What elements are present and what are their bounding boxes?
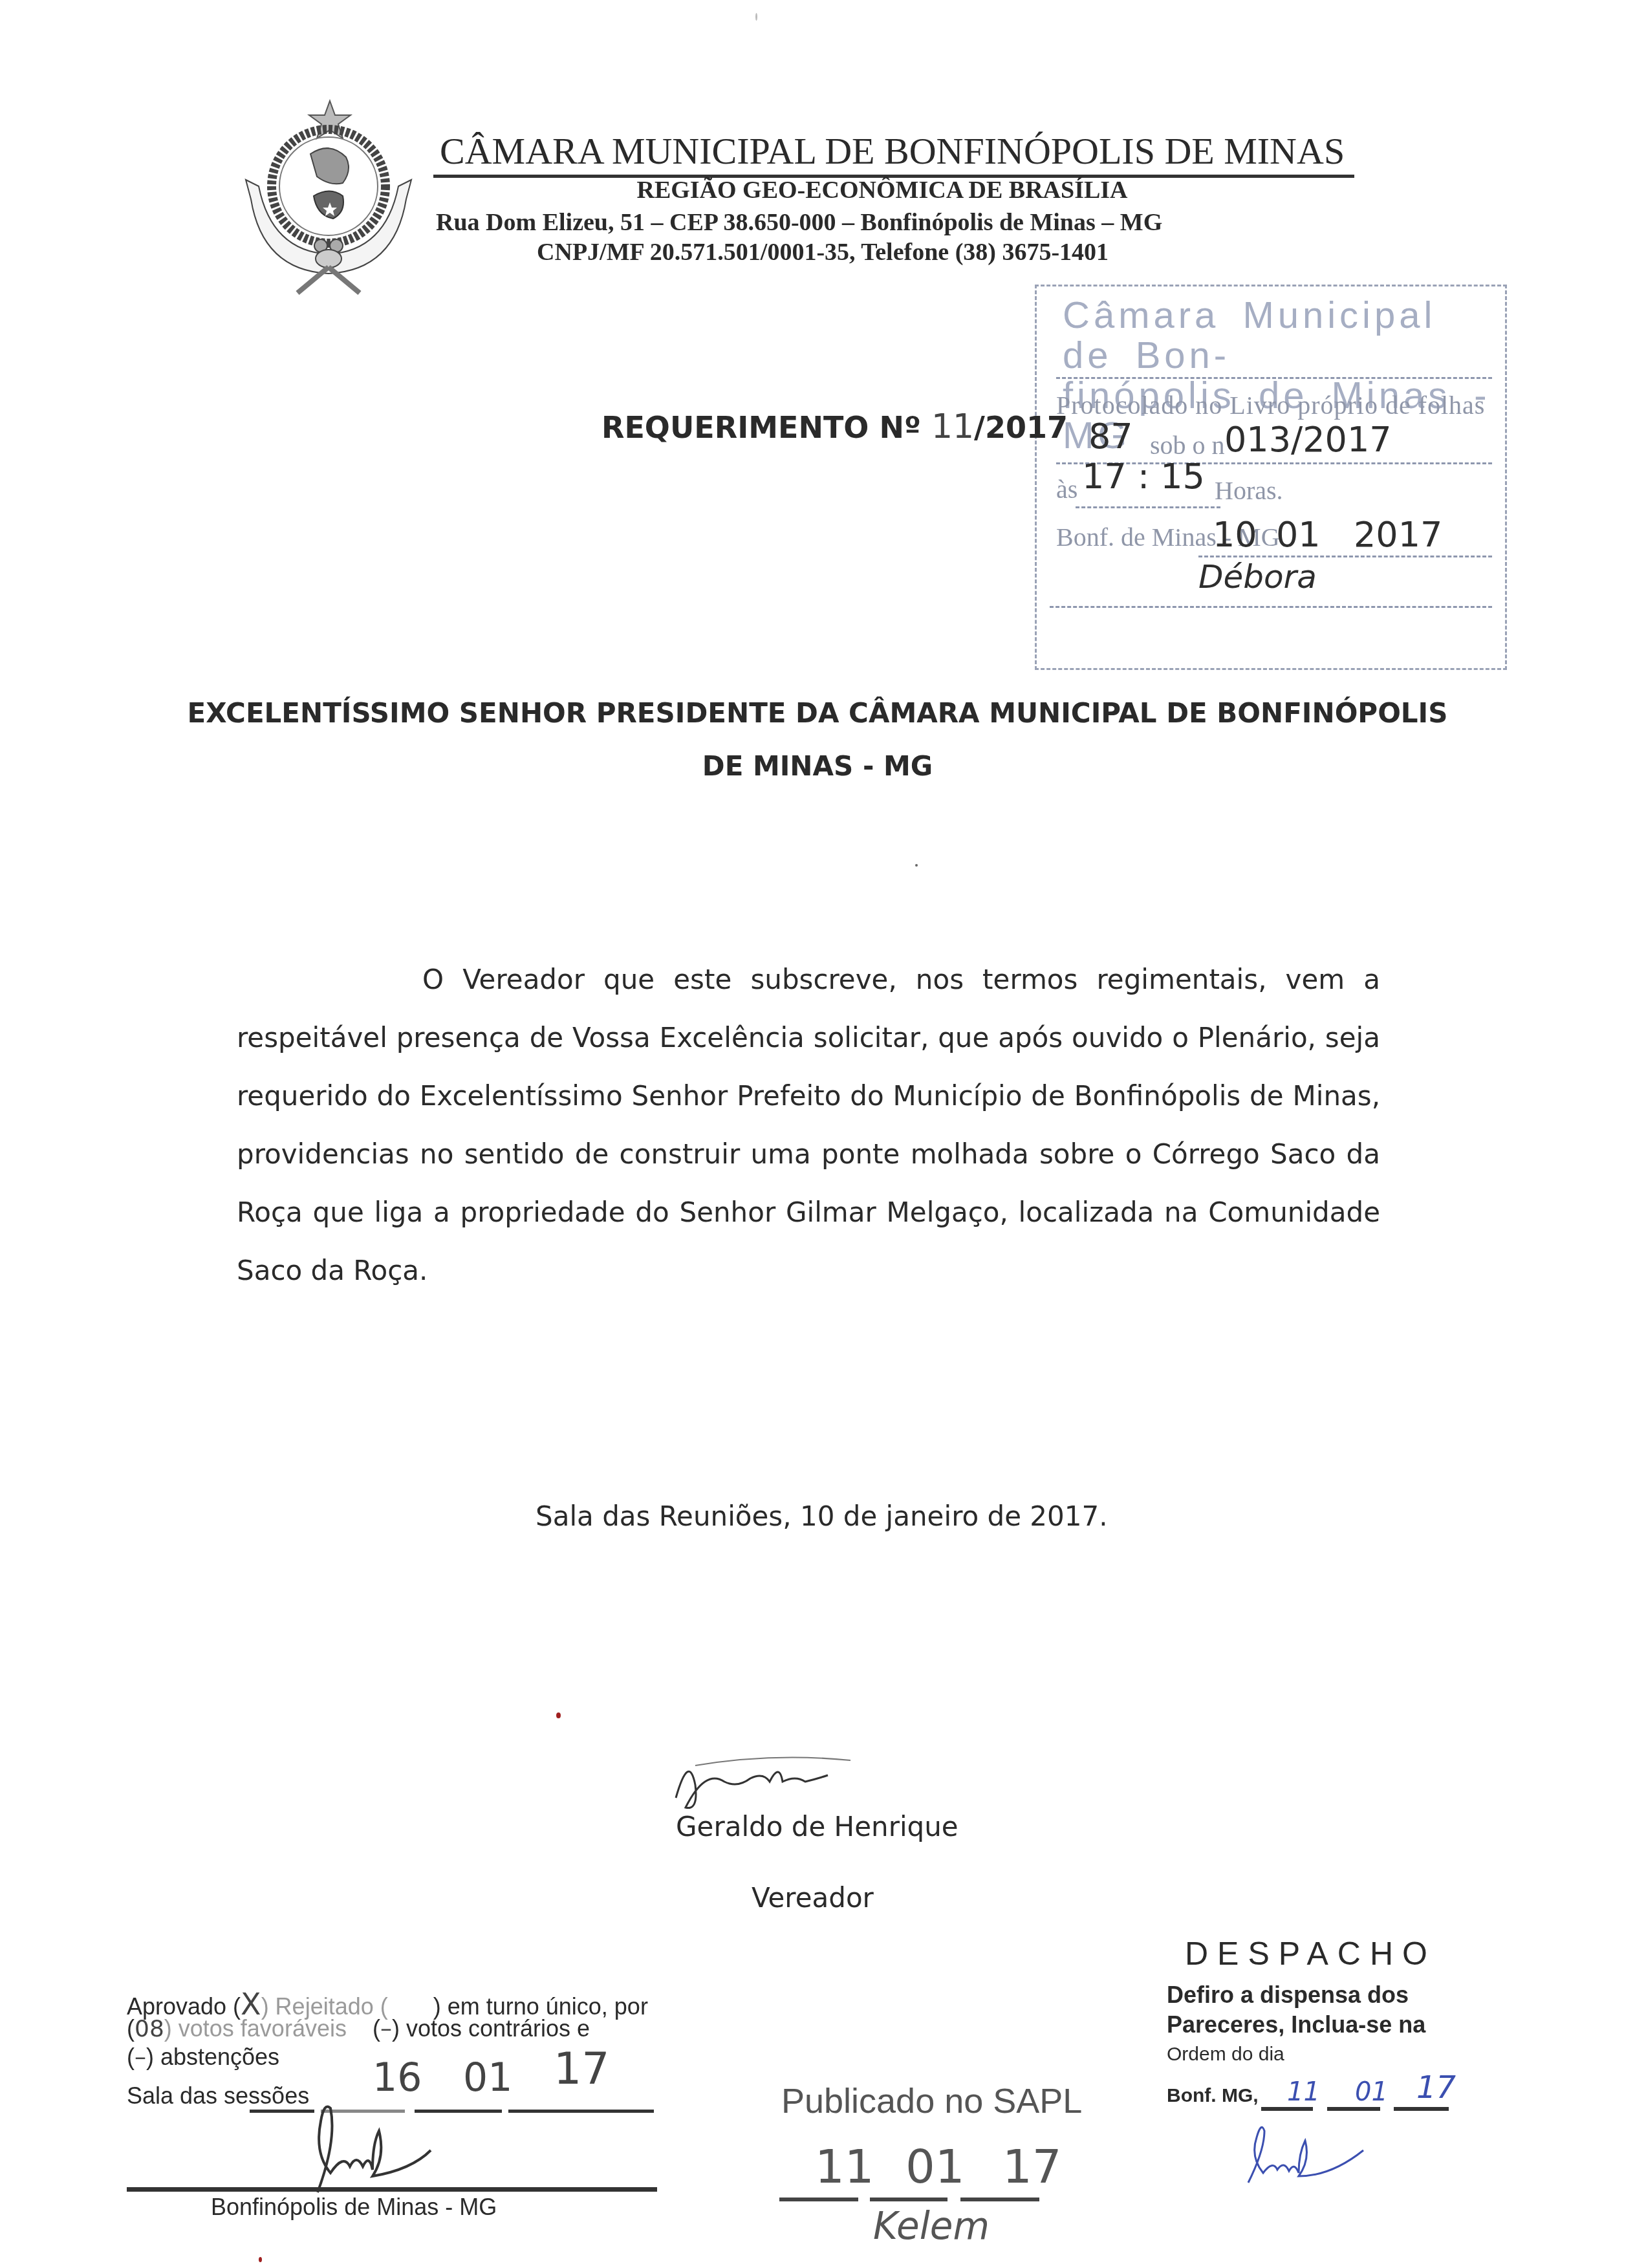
sapl-signature: Kelem [873, 2204, 990, 2248]
despacho-line1: Defiro a dispensa dos [1167, 1982, 1409, 2009]
votes-against-count: – [380, 2016, 392, 2042]
stamp-folhas-value: 87 [1088, 416, 1133, 457]
session-day: 16 [373, 2055, 422, 2101]
stamp-data-mes: 01 [1276, 514, 1321, 555]
sapl-stamp: Publicado no SAPL 11 01 17 Kelem [776, 2081, 1074, 2262]
scan-artifact [755, 13, 757, 21]
despacho-signature [1235, 2121, 1403, 2186]
despacho-month: 01 [1355, 2077, 1388, 2107]
chamber-cnpj-phone: CNPJ/MF 20.571.501/0001-35, Telefone (38… [537, 238, 1109, 266]
session-year: 17 [554, 2044, 610, 2095]
requerimento-number: REQUERIMENTO Nº 11/2017 [601, 407, 1068, 446]
sapl-day: 11 [815, 2139, 874, 2194]
approval-stamp: Aprovado (X) Rejeitado () em turno único… [127, 1979, 683, 2225]
stamp-signature-line [1050, 606, 1492, 608]
despacho-line3: Ordem do dia [1167, 2044, 1284, 2066]
request-body: O Vereador que este subscreve, nos termo… [237, 951, 1380, 1300]
despacho-year: 17 [1416, 2069, 1456, 2106]
stamp-signature: Débora [1198, 558, 1317, 596]
signer-role: Vereador [752, 1882, 874, 1914]
sapl-month: 01 [905, 2139, 965, 2194]
protocol-stamp: Câmara Municipal de Bon- finópolis de Mi… [1035, 285, 1507, 670]
sapl-year: 17 [1002, 2139, 1062, 2194]
stamp-as-label: às [1056, 474, 1077, 504]
scan-speck [915, 864, 918, 867]
approval-local: Bonfinópolis de Minas - MG [211, 2194, 497, 2221]
president-signature [292, 2095, 486, 2199]
stamp-data-line [1198, 556, 1492, 557]
stamp-hora-line [1076, 506, 1220, 508]
region-subtitle: REGIÃO GEO-ECONÔMICA DE BRASÍLIA [0, 176, 1635, 204]
chamber-title: CÂMARA MUNICIPAL DE BONFINÓPOLIS DE MINA… [440, 129, 1358, 173]
stamp-numero-value: 013/2017 [1224, 419, 1392, 460]
signer-name: Geraldo de Henrique [676, 1811, 958, 1842]
stamp-data-dia: 10 [1213, 514, 1257, 555]
stamp-data-ano: 2017 [1354, 514, 1442, 555]
despacho-title: DESPACHO [1185, 1935, 1436, 1972]
ink-speck [556, 1712, 561, 1718]
place-date: Sala das Reuniões, 10 de janeiro de 2017… [536, 1500, 1108, 1532]
addressee-line1: EXCELENTÍSSIMO SENHOR PRESIDENTE DA CÂMA… [0, 697, 1635, 729]
sapl-label: Publicado no SAPL [781, 2081, 1082, 2121]
abstentions-count: – [135, 2044, 146, 2071]
handwritten-number: 11 [931, 407, 974, 446]
despacho-local: Bonf. MG, [1167, 2085, 1259, 2107]
despacho-line2: Pareceres, Inclua-se na [1167, 2011, 1425, 2038]
despacho-stamp: DESPACHO Defiro a dispensa dos Pareceres… [1138, 1927, 1475, 2199]
stamp-divider [1056, 377, 1492, 379]
stamp-horas-label: Horas. [1215, 475, 1283, 506]
despacho-day: 11 [1287, 2077, 1320, 2107]
ink-speck-bottom [259, 2257, 262, 2262]
councillor-signature [669, 1746, 863, 1811]
stamp-hora-value: 17 : 15 [1082, 456, 1205, 497]
chamber-address: Rua Dom Elizeu, 51 – CEP 38.650-000 – Bo… [436, 208, 1162, 237]
session-month: 01 [463, 2055, 512, 2101]
session-label: Sala das sessões [127, 2082, 309, 2110]
addressee-line2: DE MINAS - MG [0, 750, 1635, 782]
votes-favor-count: 08 [135, 2016, 164, 2042]
